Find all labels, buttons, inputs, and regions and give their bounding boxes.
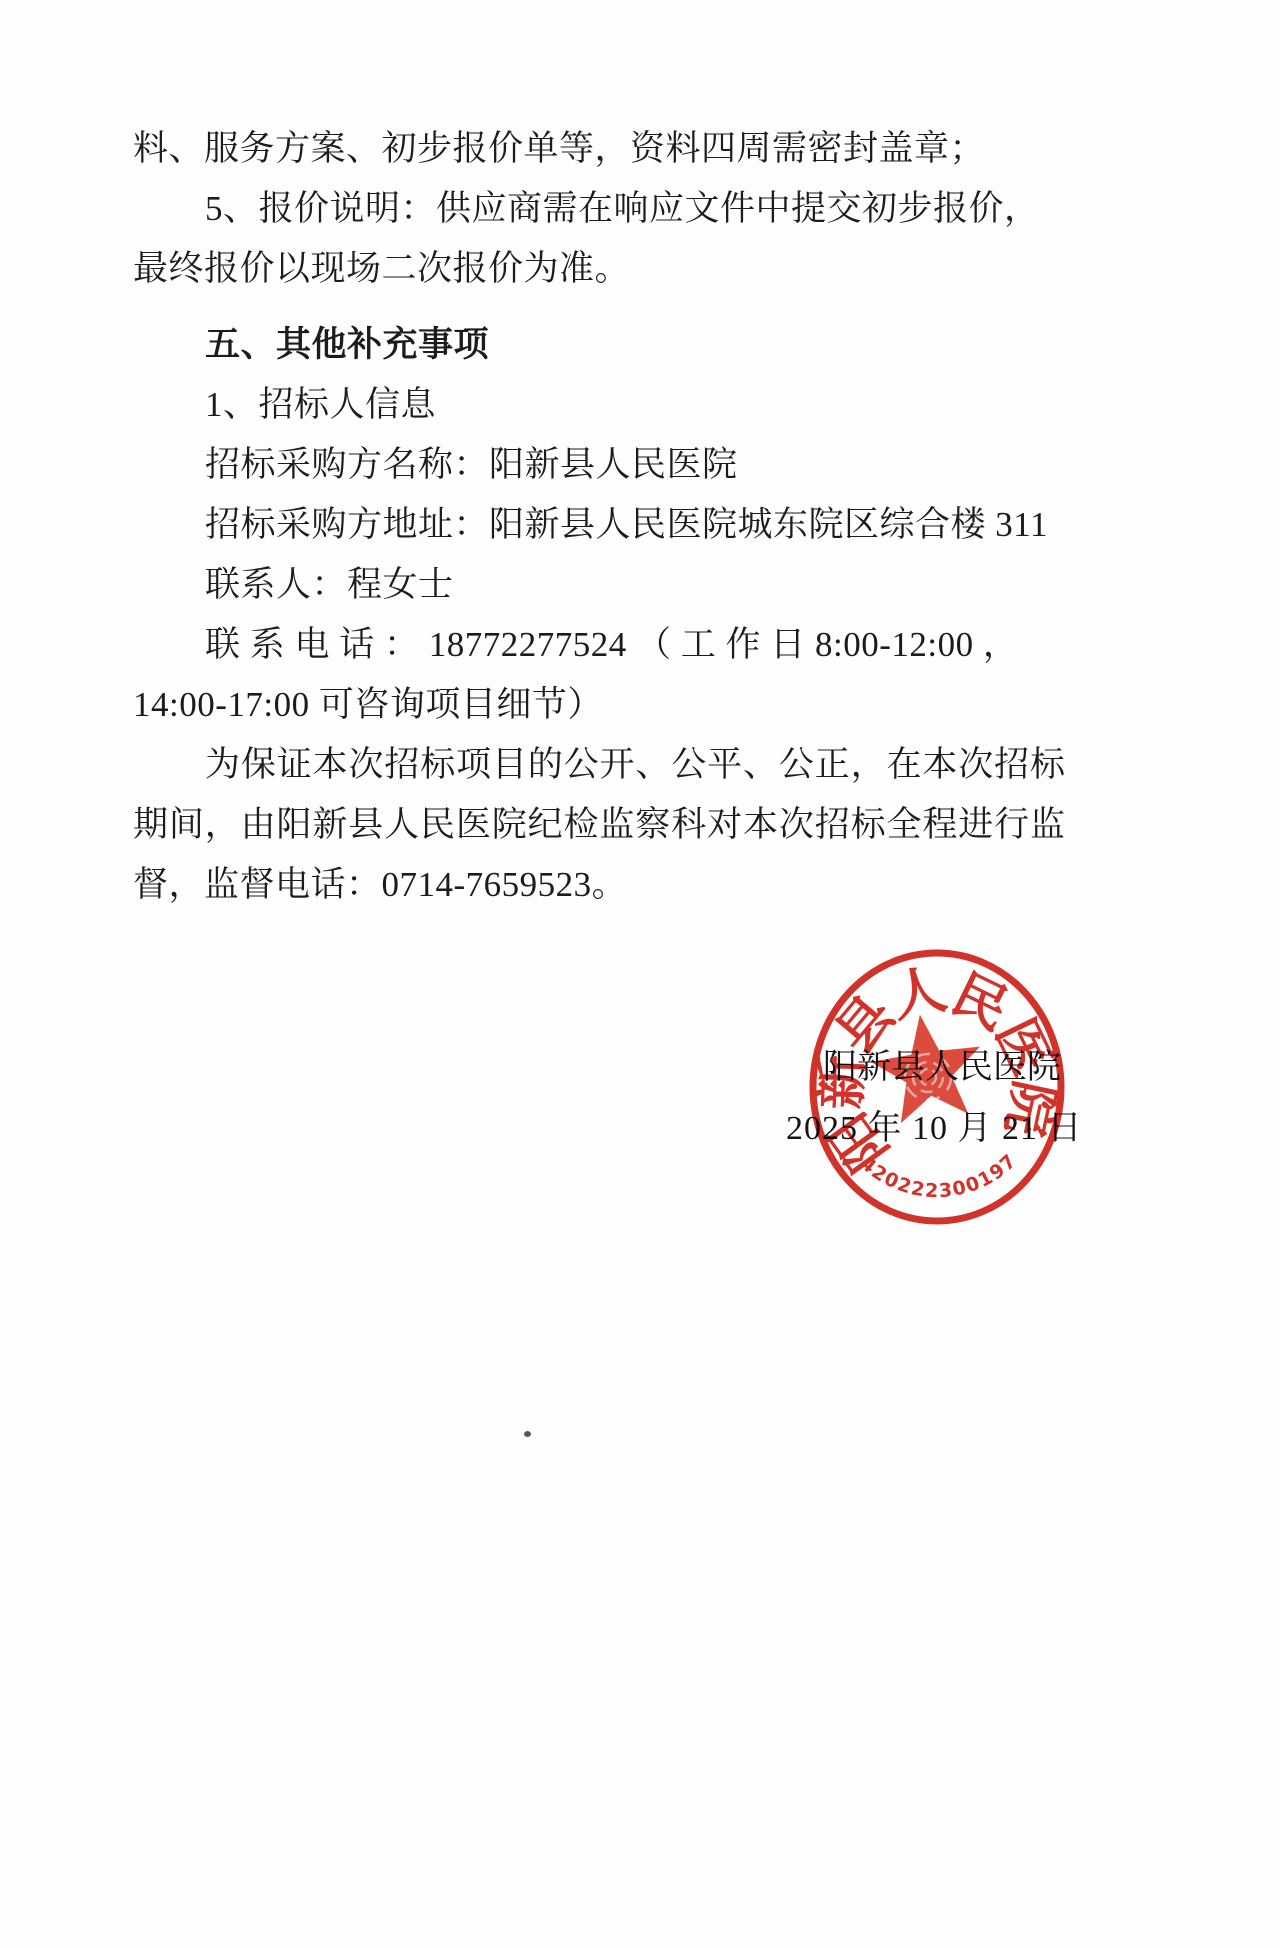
doc-line: 14:00-17:00 可咨询项目细节）: [133, 675, 1065, 735]
official-seal-stamp: 阳新县人民医院 42022230019729: [760, 920, 1120, 1280]
doc-line: 督，监督电话：0714-7659523。: [133, 855, 1065, 915]
document-text-block: 料、服务方案、初步报价单等，资料四周需密封盖章； 5、报价说明：供应商需在响应文…: [133, 119, 1065, 915]
doc-line: 5、报价说明：供应商需在响应文件中提交初步报价，: [133, 179, 1065, 239]
doc-line: 联系人：程女士: [133, 555, 1065, 615]
doc-line: 招标采购方地址：阳新县人民医院城东院区综合楼 311: [133, 495, 1065, 555]
doc-line: 期间，由阳新县人民医院纪检监察科对本次招标全程进行监: [133, 795, 1065, 855]
doc-line: 料、服务方案、初步报价单等，资料四周需密封盖章；: [133, 119, 1065, 179]
doc-line: 招标采购方名称：阳新县人民医院: [133, 435, 1065, 495]
doc-line: 1、招标人信息: [133, 375, 1065, 435]
ink-speck-artifact: [524, 1431, 531, 1437]
doc-line: 最终报价以现场二次报价为准。: [133, 239, 1065, 299]
doc-section-heading: 五、其他补充事项: [133, 315, 1065, 375]
doc-line: 联 系 电 话 ： 18772277524 （ 工 作 日 8:00-12:00…: [133, 615, 1065, 675]
document-page: 料、服务方案、初步报价单等，资料四周需密封盖章； 5、报价说明：供应商需在响应文…: [0, 0, 1280, 1948]
doc-line: 为保证本次招标项目的公开、公平、公正，在本次招标: [133, 735, 1065, 795]
